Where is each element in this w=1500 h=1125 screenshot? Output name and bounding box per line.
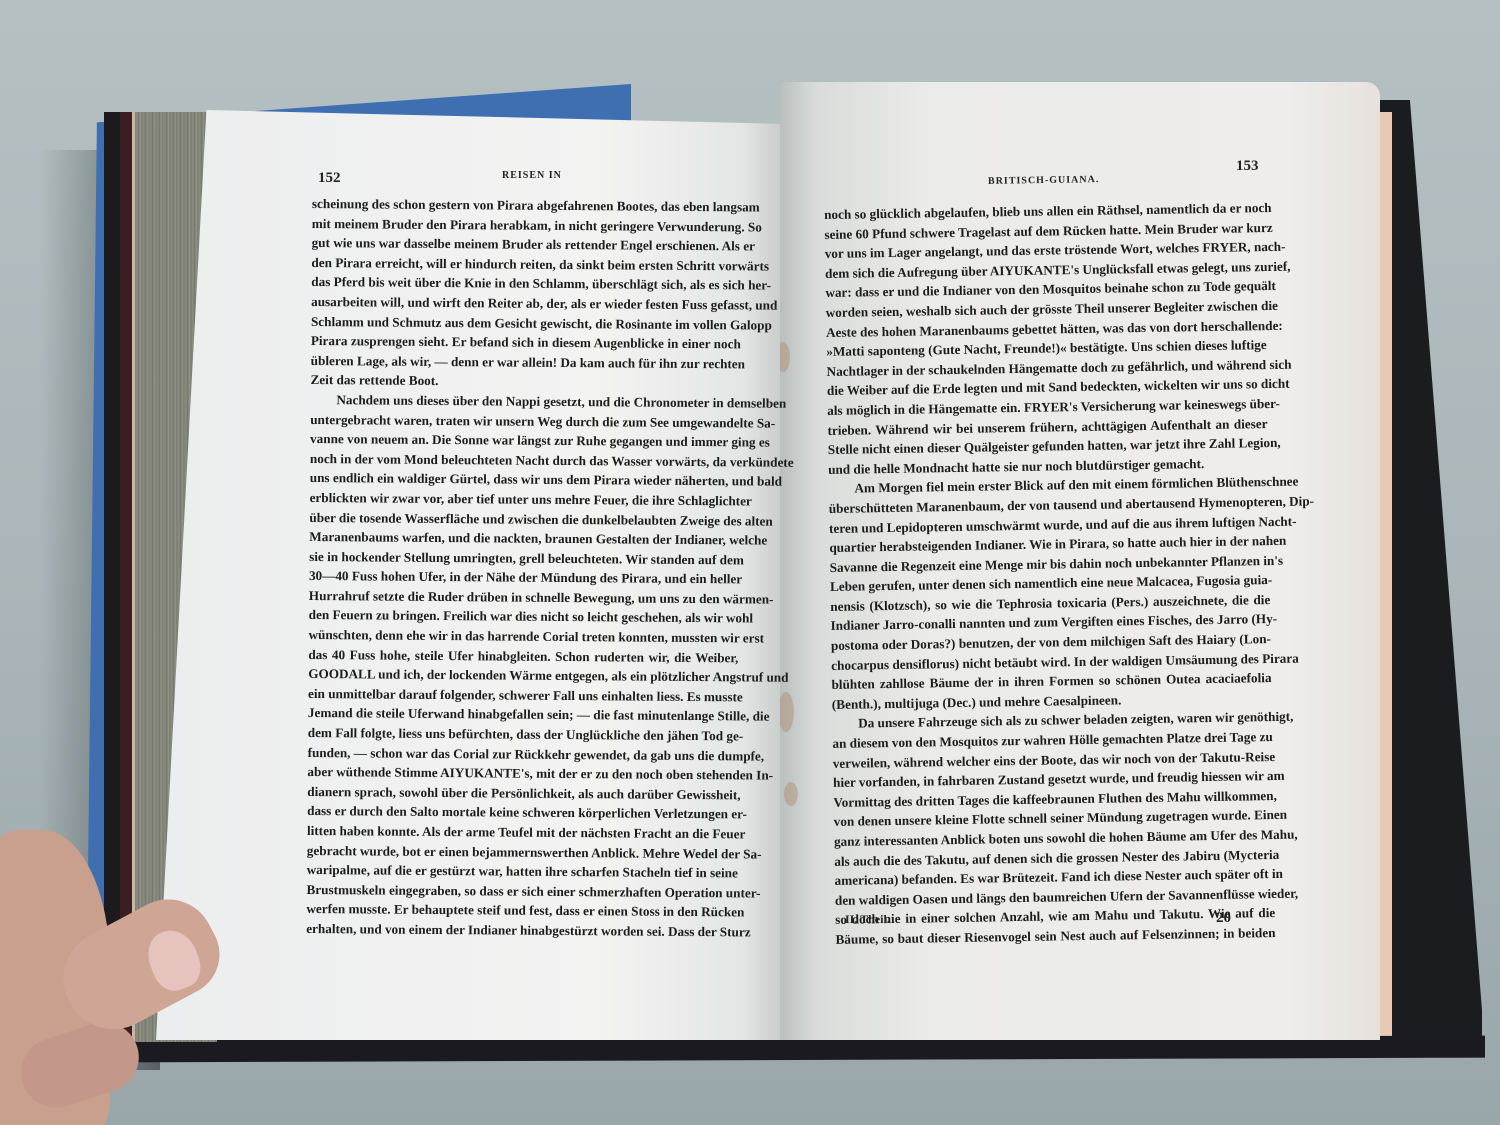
foxing-stain xyxy=(780,342,790,372)
page-number-left: 152 xyxy=(318,170,341,187)
signature-footer: II. Theil. xyxy=(845,912,890,927)
text-line: erblickten wir zwar vor, aber tief unter… xyxy=(310,488,740,511)
foxing-stain xyxy=(780,692,794,732)
text-line: ausarbeiten will, und wirft den Reiter a… xyxy=(311,292,741,315)
text-line: Nachdem uns dieses über den Nappi gesetz… xyxy=(310,390,740,413)
running-head-left: REISEN IN xyxy=(502,170,562,181)
right-page-body: noch so glücklich abgelaufen, blieb uns … xyxy=(824,198,1276,949)
page-number-right: 153 xyxy=(1236,158,1259,175)
running-head-right: BRITISCH-GUIANA. xyxy=(988,174,1099,187)
left-page-body: scheinung des schon gestern von Pirara a… xyxy=(306,194,742,942)
foxing-stain xyxy=(784,782,798,806)
text-line: erhalten, und von einem der Indianer hin… xyxy=(306,919,736,942)
signature-number: 20 xyxy=(1216,910,1231,927)
